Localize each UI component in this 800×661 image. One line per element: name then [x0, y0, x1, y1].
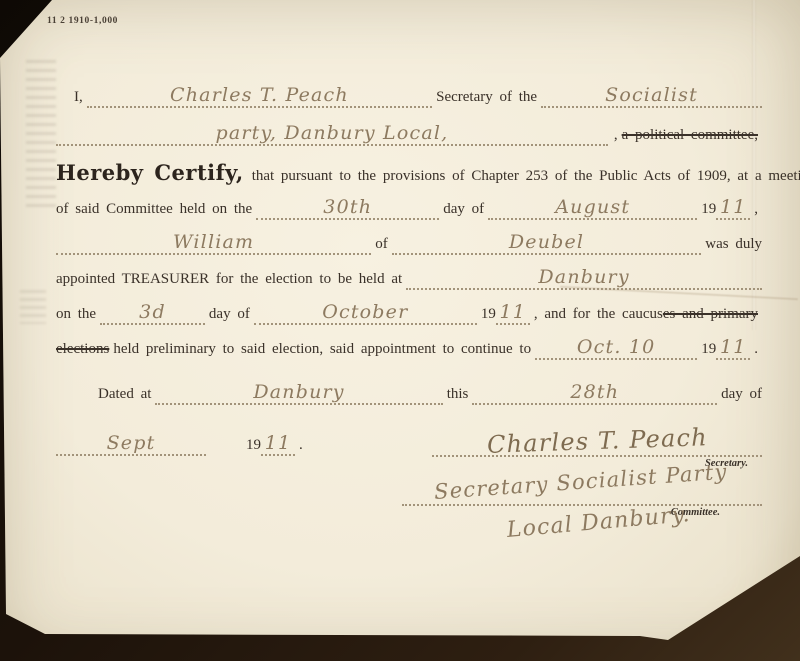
blank-dated-year: 11: [261, 432, 295, 456]
line-signature: Sept 19 11 . Charles T. Peach Secretary.: [56, 427, 762, 469]
scanned-document-photo: 11 2 1910-1,000 I, Charles T. Peach Secr…: [0, 0, 800, 661]
line-dated-at: Dated at Danbury this 28th day of: [56, 381, 762, 405]
blank-party-name: Socialist: [541, 84, 762, 108]
line-local-danbury: Local Danbury.: [56, 518, 762, 543]
printed-of: of: [375, 236, 388, 253]
handwritten-continue-year: 11: [720, 336, 747, 358]
printed-pursuant-clause: that pursuant to the provisions of Chapt…: [252, 168, 800, 185]
blank-meeting-month: August: [488, 196, 697, 220]
printed-day-of-3: day of: [721, 386, 762, 403]
blank-treasurer-residence: Deubel: [392, 231, 701, 255]
printed-on-the: on the: [56, 306, 96, 323]
line-declaration: I, Charles T. Peach Secretary of the Soc…: [56, 84, 762, 108]
handwritten-party-local: party, Danbury Local,: [215, 122, 448, 144]
ink-bleed-marks-small: [20, 290, 46, 324]
printed-hereby-certify: Hereby Certify,: [56, 160, 244, 185]
blank-secretary-name: Charles T. Peach: [87, 84, 432, 108]
handwritten-signature: Charles T. Peach: [486, 423, 708, 459]
handwritten-election-month: October: [322, 301, 408, 323]
printed-comma-2: ,: [754, 201, 758, 218]
handwritten-meeting-year: 11: [720, 196, 747, 218]
printed-19-4: 19: [246, 437, 261, 454]
line-continue-to: elections held preliminary to said elect…: [56, 336, 762, 360]
certificate-paper: 11 2 1910-1,000 I, Charles T. Peach Secr…: [0, 0, 800, 661]
certificate-text: I, Charles T. Peach Secretary of the Soc…: [56, 0, 762, 661]
blank-meeting-year: 11: [716, 196, 750, 220]
blank-meeting-day: 30th: [256, 196, 439, 220]
blank-dated-place: Danbury: [155, 381, 442, 405]
printed-held-on-the: of said Committee held on the: [56, 201, 252, 218]
printed-19-1: 19: [701, 201, 716, 218]
handwritten-meeting-day: 30th: [323, 196, 372, 218]
handwritten-continue-date: Oct. 10: [577, 336, 656, 358]
printed-dated-at: Dated at: [98, 386, 151, 403]
printed-comma: ,: [614, 127, 618, 144]
handwritten-meeting-month: August: [555, 196, 630, 218]
printed-and-primary-struck: es and primary: [663, 306, 758, 323]
handwritten-secretary-name: Charles T. Peach: [170, 84, 349, 106]
line-treasurer-name: William of Deubel was duly: [56, 231, 762, 255]
handwritten-dated-month: Sept: [107, 432, 156, 454]
handwritten-dated-year: 11: [265, 432, 292, 454]
printed-caucuses-clause: , and for the caucus: [534, 306, 663, 323]
handwritten-treasurer-name: William: [173, 231, 254, 253]
blank-election-year: 11: [496, 301, 530, 325]
blank-signature: Charles T. Peach: [432, 427, 762, 457]
blank-dated-month: Sept: [56, 432, 206, 456]
printed-19-3: 19: [701, 341, 716, 358]
blank-party-local: party, Danbury Local,: [56, 122, 608, 146]
blank-continue-year: 11: [716, 336, 750, 360]
line-appointed-treasurer: appointed TREASURER for the election to …: [56, 266, 762, 290]
line-election-date: on the 3d day of October 19 11 , and for…: [56, 301, 762, 325]
blank-election-month: October: [254, 301, 477, 325]
printed-day-of-2: day of: [209, 306, 250, 323]
blank-election-place: Danbury: [406, 266, 762, 290]
line-party-local: party, Danbury Local, , a political comm…: [56, 122, 762, 146]
ink-bleed-marks: [26, 60, 56, 212]
line-meeting-date: of said Committee held on the 30th day o…: [56, 196, 762, 220]
printed-preliminary-clause: held preliminary to said election, said …: [113, 341, 531, 358]
handwritten-treasurer-residence: Deubel: [509, 231, 584, 253]
handwritten-dated-day: 28th: [570, 381, 619, 403]
printed-19-2: 19: [481, 306, 496, 323]
printed-was-duly: was duly: [705, 236, 762, 253]
printed-this: this: [447, 386, 469, 403]
blank-election-day: 3d: [100, 301, 205, 325]
printed-period-1: .: [754, 341, 758, 358]
handwritten-election-year: 11: [500, 301, 527, 323]
printed-secretary-of-the: Secretary of the: [436, 89, 537, 106]
printed-elections-struck: elections: [56, 341, 109, 358]
blank-dated-day: 28th: [472, 381, 717, 405]
handwritten-dated-place: Danbury: [253, 381, 344, 403]
blank-continue-date: Oct. 10: [535, 336, 697, 360]
printed-political-committee-struck: a political committee,: [622, 127, 758, 144]
printed-period-2: .: [299, 437, 303, 454]
handwritten-election-place: Danbury: [538, 266, 629, 288]
blank-treasurer-name: William: [56, 231, 371, 255]
printed-day-of-1: day of: [443, 201, 484, 218]
line-hereby-certify: Hereby Certify, that pursuant to the pro…: [56, 160, 762, 185]
printed-appointed-treasurer: appointed TREASURER for the election to …: [56, 271, 402, 288]
blank-title: Secretary Socialist Party: [402, 480, 762, 506]
handwritten-party-name: Socialist: [605, 84, 698, 106]
handwritten-election-day: 3d: [139, 301, 166, 323]
printed-i: I,: [74, 89, 83, 106]
